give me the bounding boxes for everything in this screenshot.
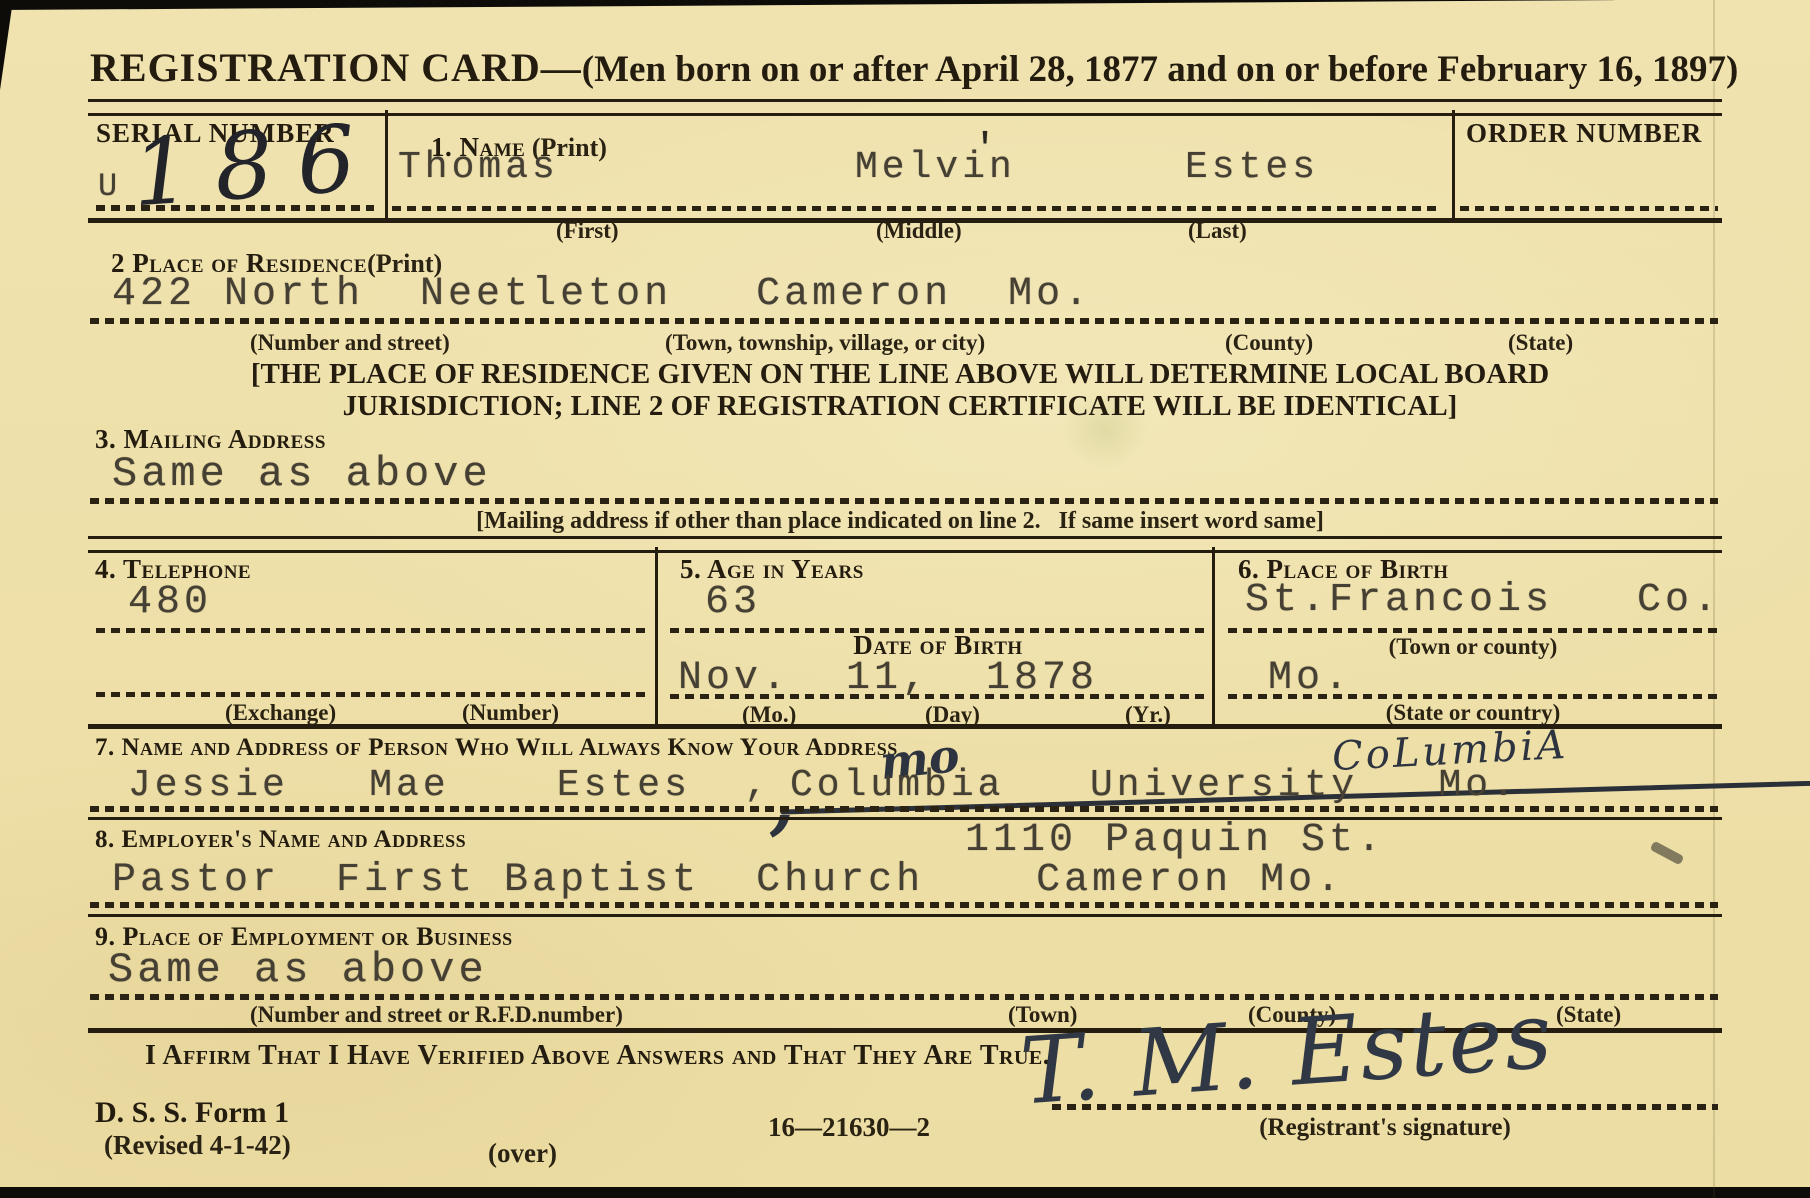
serial-fill-line bbox=[96, 205, 374, 211]
employer-bottom-rule bbox=[88, 914, 1722, 917]
residence-cap-town: (Town, township, village, or city) bbox=[665, 330, 985, 356]
serial-prefix: U bbox=[98, 168, 121, 205]
contact-value-part1: Jessie Mae Estes , bbox=[128, 764, 771, 807]
footer-print-code: 16—21630—2 bbox=[768, 1112, 930, 1143]
telephone-cap-number: (Number) bbox=[462, 700, 559, 726]
row456-top-rule bbox=[88, 536, 1722, 553]
residence-fill-line bbox=[90, 318, 1718, 324]
telephone-value: 480 bbox=[128, 580, 212, 625]
age-value: 63 bbox=[705, 580, 761, 625]
name-fill-line bbox=[392, 206, 1442, 211]
name-last-value: Estes bbox=[1185, 146, 1319, 189]
footer-over: (over) bbox=[488, 1138, 557, 1169]
age-bottom-line bbox=[670, 694, 1206, 699]
residence-cap-state: (State) bbox=[1508, 330, 1573, 356]
birthplace-cap-state: (State or country) bbox=[1228, 700, 1718, 726]
mailing-value: Same as above bbox=[112, 450, 492, 498]
divider-tel-age bbox=[655, 547, 658, 724]
mailing-caption: [Mailing address if other than place ind… bbox=[80, 508, 1720, 535]
residence-cap-county: (County) bbox=[1225, 330, 1313, 356]
name-middle-overstrike: ' bbox=[973, 128, 1001, 173]
mailing-fill-line bbox=[90, 498, 1718, 504]
contact-label: 7. Name and Address of Person Who Will A… bbox=[95, 734, 898, 762]
contact-hw-comma: , bbox=[770, 760, 794, 843]
telephone-cap-exchange: (Exchange) bbox=[225, 700, 336, 726]
jurisdiction-line1: [THE PLACE OF RESIDENCE GIVEN ON THE LIN… bbox=[80, 358, 1720, 391]
contact-fill-line bbox=[90, 806, 1718, 812]
card-title-main: REGISTRATION CARD— bbox=[90, 45, 582, 90]
divider-age-birth bbox=[1212, 547, 1215, 724]
scan-edge-bottom bbox=[0, 1187, 1810, 1198]
pen-smudge bbox=[1650, 841, 1685, 866]
employment-cap-state: (State) bbox=[1556, 1002, 1621, 1028]
name-first-value: Thomas bbox=[398, 146, 559, 189]
row1-bottom-rule bbox=[88, 218, 1722, 223]
signature-fill-line bbox=[1052, 1104, 1718, 1110]
card-title-paren: (Men born on or after April 28, 1877 and… bbox=[582, 49, 1739, 90]
scan-edge-left bbox=[0, 0, 13, 90]
telephone-mid-line bbox=[96, 628, 646, 633]
card-title: REGISTRATION CARD—(Men born on or after … bbox=[90, 44, 1738, 91]
order-number-label: ORDER NUMBER bbox=[1466, 118, 1702, 149]
employer-label: 8. Employer's Name and Address bbox=[95, 826, 466, 854]
scan-edge-top bbox=[0, 0, 1614, 10]
contact-value-part2: University Mo. bbox=[1090, 764, 1519, 807]
footer-revised: (Revised 4-1-42) bbox=[104, 1130, 291, 1161]
residence-cap-street: (Number and street) bbox=[250, 330, 450, 356]
footer-form-number: D. S. S. Form 1 bbox=[95, 1096, 289, 1130]
jurisdiction-line2: JURISDICTION; LINE 2 OF REGISTRATION CER… bbox=[80, 390, 1720, 423]
birthplace-mid-line bbox=[1228, 628, 1718, 633]
employer-address-value: 1110 Paquin St. bbox=[965, 818, 1385, 863]
birthplace-town-value: St.Francois Co. bbox=[1245, 578, 1721, 623]
divider-name-order bbox=[1452, 110, 1455, 220]
affirmation-text: I Affirm That I Have Verified Above Answ… bbox=[145, 1040, 1050, 1072]
registration-card: REGISTRATION CARD—(Men born on or after … bbox=[0, 0, 1810, 1198]
residence-value: 422 North Neetleton Cameron Mo. bbox=[112, 272, 1092, 317]
order-fill-line bbox=[1460, 206, 1718, 211]
contact-bottom-rule bbox=[88, 817, 1722, 820]
employment-value: Same as above bbox=[108, 946, 488, 994]
employment-cap-street: (Number and street or R.F.D.number) bbox=[250, 1002, 623, 1028]
employer-fill-line bbox=[90, 902, 1718, 908]
divider-serial-name bbox=[385, 110, 388, 220]
employer-value: Pastor First Baptist Church Cameron Mo. bbox=[112, 858, 1344, 903]
birthplace-bottom-line bbox=[1228, 694, 1718, 699]
signature-caption: (Registrant's signature) bbox=[1052, 1114, 1718, 1142]
telephone-bottom-line bbox=[96, 692, 646, 697]
